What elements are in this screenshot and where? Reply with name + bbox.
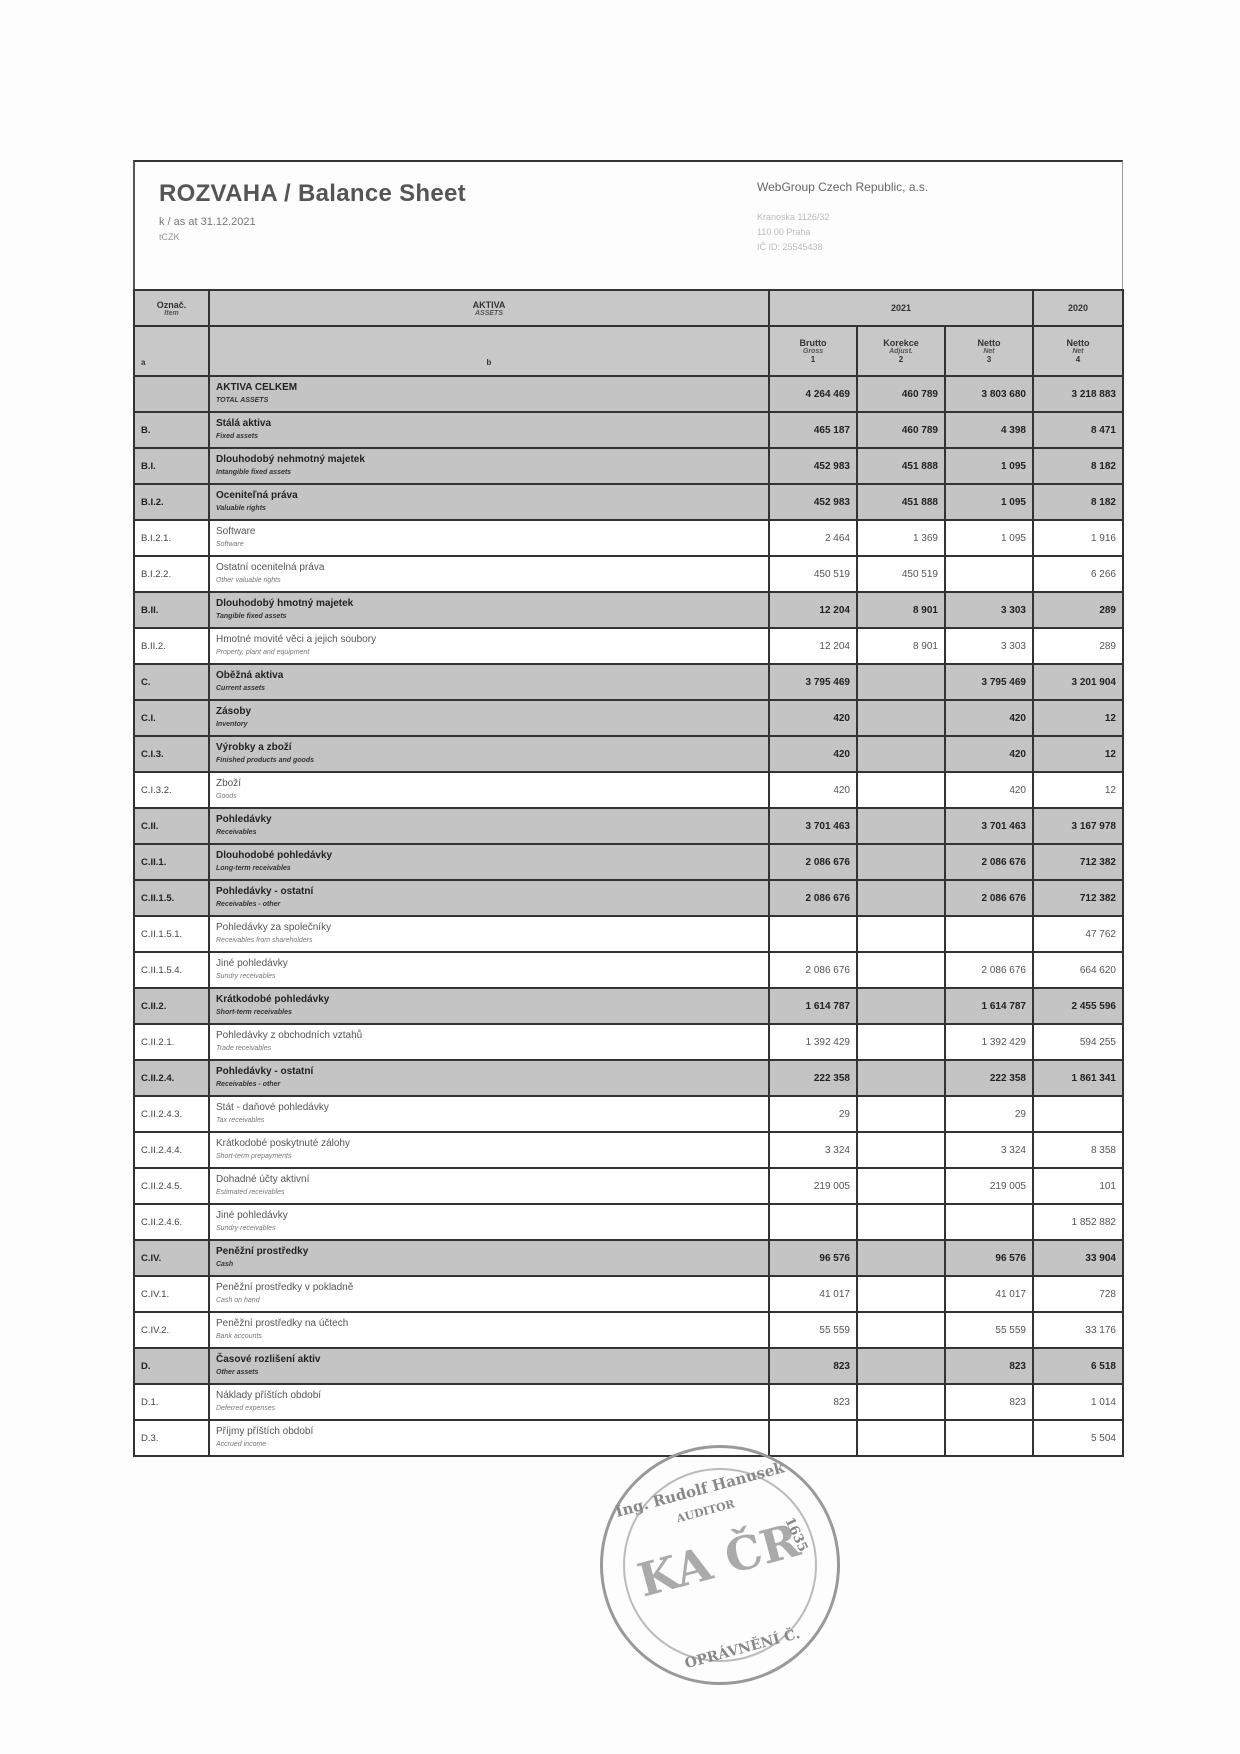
row-netto: 219 005 — [945, 1168, 1033, 1204]
row-korekce — [857, 1060, 945, 1096]
row-brutto: 1 614 787 — [769, 988, 857, 1024]
row-code: C.II.1.5.1. — [134, 916, 209, 952]
row-netto: 3 324 — [945, 1132, 1033, 1168]
currency-unit: tCZK — [159, 232, 180, 242]
table-row: B.I.2.1.SoftwareSoftware2 4641 3691 0951… — [134, 520, 1123, 556]
table-row: C.II.2.4.4.Krátkodobé poskytnuté zálohyS… — [134, 1132, 1123, 1168]
header-code: Označ. Item — [134, 290, 209, 326]
row-korekce — [857, 1204, 945, 1240]
header-netto-prior: Netto Net 4 — [1033, 326, 1123, 376]
row-netto-prior: 712 382 — [1033, 880, 1123, 916]
row-code: C.IV. — [134, 1240, 209, 1276]
row-code: C. — [134, 664, 209, 700]
row-netto: 420 — [945, 736, 1033, 772]
row-label-english: Software — [216, 539, 762, 551]
row-netto-prior: 47 762 — [1033, 916, 1123, 952]
row-brutto: 2 086 676 — [769, 880, 857, 916]
row-label-english: Tax receivables — [216, 1115, 762, 1127]
row-label-czech: Pohledávky - ostatní — [216, 885, 762, 899]
row-code: B.I.2.1. — [134, 520, 209, 556]
row-netto: 4 398 — [945, 412, 1033, 448]
row-label-czech: Zboží — [216, 777, 762, 791]
row-label-english: TOTAL ASSETS — [216, 395, 762, 407]
row-label: PohledávkyReceivables — [209, 808, 769, 844]
row-korekce — [857, 1240, 945, 1276]
row-korekce — [857, 988, 945, 1024]
row-label-english: Tangible fixed assets — [216, 611, 762, 623]
row-label-english: Inventory — [216, 719, 762, 731]
row-korekce — [857, 772, 945, 808]
row-label-english: Accrued income — [216, 1439, 762, 1451]
row-brutto: 29 — [769, 1096, 857, 1132]
row-label-czech: Hmotné movité věci a jejich soubory — [216, 633, 762, 647]
row-code: C.II.1.5. — [134, 880, 209, 916]
row-brutto: 465 187 — [769, 412, 857, 448]
row-code — [134, 376, 209, 412]
row-netto: 1 095 — [945, 520, 1033, 556]
row-label-english: Estimated receivables — [216, 1187, 762, 1199]
row-netto: 222 358 — [945, 1060, 1033, 1096]
table-row: C.I.ZásobyInventory42042012 — [134, 700, 1123, 736]
row-label-czech: Peněžní prostředky na účtech — [216, 1317, 762, 1331]
row-label-czech: Krátkodobé pohledávky — [216, 993, 762, 1007]
row-brutto: 222 358 — [769, 1060, 857, 1096]
row-netto — [945, 1420, 1033, 1456]
row-korekce — [857, 1384, 945, 1420]
row-label-czech: Software — [216, 525, 762, 539]
row-brutto: 219 005 — [769, 1168, 857, 1204]
row-label-english: Short-term receivables — [216, 1007, 762, 1019]
row-code: B.II. — [134, 592, 209, 628]
row-netto: 3 303 — [945, 592, 1033, 628]
row-korekce — [857, 808, 945, 844]
row-korekce — [857, 1348, 945, 1384]
row-netto-prior: 664 620 — [1033, 952, 1123, 988]
row-netto-prior: 8 182 — [1033, 484, 1123, 520]
row-netto-prior: 1 861 341 — [1033, 1060, 1123, 1096]
row-brutto: 96 576 — [769, 1240, 857, 1276]
row-code: C.II.2.4.4. — [134, 1132, 209, 1168]
row-brutto: 3 795 469 — [769, 664, 857, 700]
row-korekce: 451 888 — [857, 484, 945, 520]
row-label-czech: Ostatní ocenitelná práva — [216, 561, 762, 575]
header-netto: Netto Net 3 — [945, 326, 1033, 376]
row-brutto: 420 — [769, 700, 857, 736]
table-row: B.I.2.2.Ostatní ocenitelná právaOther va… — [134, 556, 1123, 592]
table-row: D.3.Příjmy příštích obdobíAccrued income… — [134, 1420, 1123, 1456]
row-netto: 2 086 676 — [945, 952, 1033, 988]
table-row: C.IV.1.Peněžní prostředky v pokladněCash… — [134, 1276, 1123, 1312]
row-label-english: Valuable rights — [216, 503, 762, 515]
header-row-columns: a b Brutto Gross 1 Korekce Adjust. 2 Net… — [134, 326, 1123, 376]
row-korekce: 1 369 — [857, 520, 945, 556]
row-label-czech: Výrobky a zboží — [216, 741, 762, 755]
row-label: Výrobky a zbožíFinished products and goo… — [209, 736, 769, 772]
row-label-czech: Pohledávky z obchodních vztahů — [216, 1029, 762, 1043]
row-netto-prior: 1 014 — [1033, 1384, 1123, 1420]
row-netto-prior — [1033, 1096, 1123, 1132]
header-year-prior: 2020 — [1033, 290, 1123, 326]
row-korekce — [857, 1312, 945, 1348]
header-code-index: a — [134, 326, 209, 376]
row-label-czech: Oceniteľná práva — [216, 489, 762, 503]
row-label-english: Long-term receivables — [216, 863, 762, 875]
row-label: AKTIVA CELKEMTOTAL ASSETS — [209, 376, 769, 412]
row-label: Peněžní prostředky na účtechBank account… — [209, 1312, 769, 1348]
row-netto-prior: 1 916 — [1033, 520, 1123, 556]
row-code: C.II.1.5.4. — [134, 952, 209, 988]
company-address-city: 110 00 Praha — [757, 227, 810, 237]
table-row: C.I.3.2.ZbožíGoods42042012 — [134, 772, 1123, 808]
row-label-czech: Oběžná aktiva — [216, 669, 762, 683]
row-netto: 29 — [945, 1096, 1033, 1132]
row-label-english: Receivables - other — [216, 899, 762, 911]
row-brutto: 12 204 — [769, 592, 857, 628]
row-brutto: 41 017 — [769, 1276, 857, 1312]
row-netto-prior: 3 167 978 — [1033, 808, 1123, 844]
row-brutto: 2 086 676 — [769, 844, 857, 880]
row-netto-prior: 101 — [1033, 1168, 1123, 1204]
row-label-czech: Zásoby — [216, 705, 762, 719]
row-code: C.IV.2. — [134, 1312, 209, 1348]
row-label-english: Cash on hand — [216, 1295, 762, 1307]
row-netto-prior: 8 358 — [1033, 1132, 1123, 1168]
row-brutto: 3 324 — [769, 1132, 857, 1168]
row-label-czech: Peněžní prostředky v pokladně — [216, 1281, 762, 1295]
row-code: D.3. — [134, 1420, 209, 1456]
table-row: C.IV.2.Peněžní prostředky na účtechBank … — [134, 1312, 1123, 1348]
row-label: Dlouhodobý hmotný majetekTangible fixed … — [209, 592, 769, 628]
row-label: Peněžní prostředkyCash — [209, 1240, 769, 1276]
row-netto: 1 095 — [945, 448, 1033, 484]
row-netto-prior: 33 904 — [1033, 1240, 1123, 1276]
auditor-stamp: Ing. Rudolf Hanusek AUDITOR KA ČR OPRÁVN… — [573, 1418, 867, 1712]
row-korekce — [857, 844, 945, 880]
row-netto: 3 803 680 — [945, 376, 1033, 412]
row-label-english: Property, plant and equipment — [216, 647, 762, 659]
row-label-czech: Stát - daňové pohledávky — [216, 1101, 762, 1115]
row-netto-prior: 289 — [1033, 628, 1123, 664]
row-code: C.IV.1. — [134, 1276, 209, 1312]
row-netto: 420 — [945, 772, 1033, 808]
row-netto-prior: 6 518 — [1033, 1348, 1123, 1384]
row-code: C.II.2.4.6. — [134, 1204, 209, 1240]
row-label-czech: Pohledávky — [216, 813, 762, 827]
row-brutto: 2 464 — [769, 520, 857, 556]
row-label-english: Sundry receivables — [216, 971, 762, 983]
row-label: Pohledávky z obchodních vztahůTrade rece… — [209, 1024, 769, 1060]
row-korekce: 450 519 — [857, 556, 945, 592]
row-netto: 823 — [945, 1384, 1033, 1420]
row-code: C.II.2.1. — [134, 1024, 209, 1060]
row-label-czech: Dlouhodobé pohledávky — [216, 849, 762, 863]
row-label-czech: Příjmy příštích období — [216, 1425, 762, 1439]
row-label-czech: Pohledávky za společníky — [216, 921, 762, 935]
table-row: C.II.2.1.Pohledávky z obchodních vztahůT… — [134, 1024, 1123, 1060]
row-label: Náklady příštích obdobíDeferred expenses — [209, 1384, 769, 1420]
table-row: C.II.2.4.Pohledávky - ostatníReceivables… — [134, 1060, 1123, 1096]
row-label-english: Receivables from shareholders — [216, 935, 762, 947]
row-netto: 2 086 676 — [945, 844, 1033, 880]
table-row: B.I.2.Oceniteľná právaValuable rights452… — [134, 484, 1123, 520]
row-label-czech: Jiné pohledávky — [216, 957, 762, 971]
row-brutto: 12 204 — [769, 628, 857, 664]
row-korekce — [857, 664, 945, 700]
row-label-czech: Časové rozlišení aktiv — [216, 1353, 762, 1367]
row-netto: 1 095 — [945, 484, 1033, 520]
row-brutto: 3 701 463 — [769, 808, 857, 844]
row-netto: 1 392 429 — [945, 1024, 1033, 1060]
row-label: Časové rozlišení aktivOther assets — [209, 1348, 769, 1384]
row-label-czech: Krátkodobé poskytnuté zálohy — [216, 1137, 762, 1151]
header-korekce: Korekce Adjust. 2 — [857, 326, 945, 376]
row-label: Dlouhodobé pohledávkyLong-term receivabl… — [209, 844, 769, 880]
row-korekce — [857, 916, 945, 952]
table-row: B.II.Dlouhodobý hmotný majetekTangible f… — [134, 592, 1123, 628]
row-code: D.1. — [134, 1384, 209, 1420]
row-code: C.I.3. — [134, 736, 209, 772]
row-label: Peněžní prostředky v pokladněCash on han… — [209, 1276, 769, 1312]
row-korekce — [857, 736, 945, 772]
table-row: C.II.1.5.1.Pohledávky za společníkyRecei… — [134, 916, 1123, 952]
row-label: Krátkodobé poskytnuté zálohyShort-term p… — [209, 1132, 769, 1168]
row-code: B. — [134, 412, 209, 448]
row-korekce — [857, 1132, 945, 1168]
row-code: B.II.2. — [134, 628, 209, 664]
table-row: B.II.2.Hmotné movité věci a jejich soubo… — [134, 628, 1123, 664]
row-korekce: 451 888 — [857, 448, 945, 484]
row-netto-prior: 3 218 883 — [1033, 376, 1123, 412]
table-row: C.Oběžná aktivaCurrent assets3 795 4693 … — [134, 664, 1123, 700]
row-korekce — [857, 700, 945, 736]
row-netto-prior: 3 201 904 — [1033, 664, 1123, 700]
row-code: C.II.2. — [134, 988, 209, 1024]
row-brutto: 420 — [769, 736, 857, 772]
header-year-current: 2021 — [769, 290, 1033, 326]
header-aktiva-index: b — [209, 326, 769, 376]
table-row: C.II.2.4.5.Dohadné účty aktivníEstimated… — [134, 1168, 1123, 1204]
row-label-english: Current assets — [216, 683, 762, 695]
row-code: C.II.2.4.3. — [134, 1096, 209, 1132]
row-korekce — [857, 1096, 945, 1132]
row-korekce — [857, 880, 945, 916]
table-row: B.I.Dlouhodobý nehmotný majetekIntangibl… — [134, 448, 1123, 484]
row-korekce: 8 901 — [857, 628, 945, 664]
row-korekce: 460 789 — [857, 412, 945, 448]
row-code: D. — [134, 1348, 209, 1384]
row-brutto: 452 983 — [769, 448, 857, 484]
row-label-czech: Dohadné účty aktivní — [216, 1173, 762, 1187]
table-row: C.II.2.4.3.Stát - daňové pohledávkyTax r… — [134, 1096, 1123, 1132]
row-label-czech: Peněžní prostředky — [216, 1245, 762, 1259]
row-brutto: 823 — [769, 1348, 857, 1384]
row-label-czech: Pohledávky - ostatní — [216, 1065, 762, 1079]
company-id: IČ ID: 25545438 — [757, 242, 823, 252]
row-label: Krátkodobé pohledávkyShort-term receivab… — [209, 988, 769, 1024]
table-row: C.II.2.4.6.Jiné pohledávkySundry receiva… — [134, 1204, 1123, 1240]
row-label: ZásobyInventory — [209, 700, 769, 736]
row-label: ZbožíGoods — [209, 772, 769, 808]
row-label: Oběžná aktivaCurrent assets — [209, 664, 769, 700]
row-netto: 2 086 676 — [945, 880, 1033, 916]
company-name: WebGroup Czech Republic, a.s. — [757, 180, 928, 194]
row-korekce — [857, 952, 945, 988]
row-korekce — [857, 1276, 945, 1312]
row-code: B.I. — [134, 448, 209, 484]
balance-sheet-page: ROZVAHA / Balance Sheet k / as at 31.12.… — [133, 160, 1123, 1457]
row-code: B.I.2.2. — [134, 556, 209, 592]
row-code: B.I.2. — [134, 484, 209, 520]
row-netto: 55 559 — [945, 1312, 1033, 1348]
row-label: Pohledávky - ostatníReceivables - other — [209, 1060, 769, 1096]
row-label-english: Goods — [216, 791, 762, 803]
row-korekce — [857, 1420, 945, 1456]
table-row: C.I.3.Výrobky a zbožíFinished products a… — [134, 736, 1123, 772]
row-label: Jiné pohledávkySundry receivables — [209, 952, 769, 988]
row-label-english: Deferred expenses — [216, 1403, 762, 1415]
row-label-english: Intangible fixed assets — [216, 467, 762, 479]
row-label: Hmotné movité věci a jejich souboryPrope… — [209, 628, 769, 664]
row-label-czech: Jiné pohledávky — [216, 1209, 762, 1223]
header-row-years: Označ. Item AKTIVA ASSETS 2021 2020 — [134, 290, 1123, 326]
table-row: C.II.2.Krátkodobé pohledávkyShort-term r… — [134, 988, 1123, 1024]
row-brutto — [769, 916, 857, 952]
row-label: Oceniteľná právaValuable rights — [209, 484, 769, 520]
row-netto-prior: 12 — [1033, 772, 1123, 808]
row-netto-prior: 12 — [1033, 736, 1123, 772]
row-label-english: Finished products and goods — [216, 755, 762, 767]
row-netto-prior: 6 266 — [1033, 556, 1123, 592]
row-netto-prior: 12 — [1033, 700, 1123, 736]
row-label-english: Fixed assets — [216, 431, 762, 443]
row-netto-prior: 33 176 — [1033, 1312, 1123, 1348]
row-label: Stát - daňové pohledávkyTax receivables — [209, 1096, 769, 1132]
row-brutto: 452 983 — [769, 484, 857, 520]
row-label: Pohledávky za společníkyReceivables from… — [209, 916, 769, 952]
row-netto — [945, 556, 1033, 592]
row-code: C.II.2.4.5. — [134, 1168, 209, 1204]
row-brutto: 4 264 469 — [769, 376, 857, 412]
table-row: C.IV.Peněžní prostředkyCash96 57696 5763… — [134, 1240, 1123, 1276]
table-row: B.Stálá aktivaFixed assets465 187460 789… — [134, 412, 1123, 448]
reporting-date: k / as at 31.12.2021 — [159, 216, 256, 228]
table-row: C.II.1.5.Pohledávky - ostatníReceivables… — [134, 880, 1123, 916]
row-label-english: Other assets — [216, 1367, 762, 1379]
row-label-english: Trade receivables — [216, 1043, 762, 1055]
row-korekce: 460 789 — [857, 376, 945, 412]
row-brutto — [769, 1204, 857, 1240]
row-label-english: Cash — [216, 1259, 762, 1271]
row-label: Jiné pohledávkySundry receivables — [209, 1204, 769, 1240]
row-label-czech: Dlouhodobý hmotný majetek — [216, 597, 762, 611]
row-netto — [945, 1204, 1033, 1240]
row-netto-prior: 712 382 — [1033, 844, 1123, 880]
row-label-czech: Dlouhodobý nehmotný majetek — [216, 453, 762, 467]
row-label-english: Other valuable rights — [216, 575, 762, 587]
row-label: Stálá aktivaFixed assets — [209, 412, 769, 448]
row-code: C.II. — [134, 808, 209, 844]
header-aktiva: AKTIVA ASSETS — [209, 290, 769, 326]
row-label-english: Receivables — [216, 827, 762, 839]
row-netto: 3 303 — [945, 628, 1033, 664]
balance-sheet-table: Označ. Item AKTIVA ASSETS 2021 2020 a b … — [133, 289, 1124, 1457]
row-brutto: 450 519 — [769, 556, 857, 592]
row-korekce: 8 901 — [857, 592, 945, 628]
table-body: AKTIVA CELKEMTOTAL ASSETS4 264 469460 78… — [134, 376, 1123, 1456]
table-row: C.II.1.5.4.Jiné pohledávkySundry receiva… — [134, 952, 1123, 988]
row-netto: 3 795 469 — [945, 664, 1033, 700]
row-code: C.I. — [134, 700, 209, 736]
row-label-czech: Stálá aktiva — [216, 417, 762, 431]
row-label-czech: Náklady příštích období — [216, 1389, 762, 1403]
row-brutto: 1 392 429 — [769, 1024, 857, 1060]
row-netto-prior: 5 504 — [1033, 1420, 1123, 1456]
row-netto-prior: 728 — [1033, 1276, 1123, 1312]
row-label-english: Bank accounts — [216, 1331, 762, 1343]
row-label: Dohadné účty aktivníEstimated receivable… — [209, 1168, 769, 1204]
row-label: SoftwareSoftware — [209, 520, 769, 556]
row-netto-prior: 594 255 — [1033, 1024, 1123, 1060]
row-netto: 3 701 463 — [945, 808, 1033, 844]
header-brutto: Brutto Gross 1 — [769, 326, 857, 376]
row-label-czech: AKTIVA CELKEM — [216, 381, 762, 395]
table-row: C.II.1.Dlouhodobé pohledávkyLong-term re… — [134, 844, 1123, 880]
row-netto-prior: 289 — [1033, 592, 1123, 628]
row-netto: 96 576 — [945, 1240, 1033, 1276]
row-brutto: 55 559 — [769, 1312, 857, 1348]
document-header: ROZVAHA / Balance Sheet k / as at 31.12.… — [133, 160, 1123, 289]
row-korekce — [857, 1168, 945, 1204]
document-title: ROZVAHA / Balance Sheet — [159, 180, 466, 208]
table-row: AKTIVA CELKEMTOTAL ASSETS4 264 469460 78… — [134, 376, 1123, 412]
table-row: D.Časové rozlišení aktivOther assets8238… — [134, 1348, 1123, 1384]
company-address-street: Kranoska 1126/32 — [757, 212, 829, 222]
row-korekce — [857, 1024, 945, 1060]
row-code: C.II.1. — [134, 844, 209, 880]
row-netto: 41 017 — [945, 1276, 1033, 1312]
row-label-english: Short-term prepayments — [216, 1151, 762, 1163]
row-label: Ostatní ocenitelná právaOther valuable r… — [209, 556, 769, 592]
row-code: C.I.3.2. — [134, 772, 209, 808]
row-netto-prior: 8 182 — [1033, 448, 1123, 484]
row-label: Pohledávky - ostatníReceivables - other — [209, 880, 769, 916]
row-netto — [945, 916, 1033, 952]
row-netto: 1 614 787 — [945, 988, 1033, 1024]
row-label-english: Sundry receivables — [216, 1223, 762, 1235]
row-label-english: Receivables - other — [216, 1079, 762, 1091]
row-label: Dlouhodobý nehmotný majetekIntangible fi… — [209, 448, 769, 484]
row-netto: 420 — [945, 700, 1033, 736]
row-netto-prior: 1 852 882 — [1033, 1204, 1123, 1240]
row-brutto: 823 — [769, 1384, 857, 1420]
row-brutto — [769, 1420, 857, 1456]
row-code: C.II.2.4. — [134, 1060, 209, 1096]
row-netto-prior: 8 471 — [1033, 412, 1123, 448]
row-netto: 823 — [945, 1348, 1033, 1384]
row-brutto: 2 086 676 — [769, 952, 857, 988]
row-netto-prior: 2 455 596 — [1033, 988, 1123, 1024]
table-row: D.1.Náklady příštích obdobíDeferred expe… — [134, 1384, 1123, 1420]
row-brutto: 420 — [769, 772, 857, 808]
table-row: C.II.PohledávkyReceivables3 701 4633 701… — [134, 808, 1123, 844]
